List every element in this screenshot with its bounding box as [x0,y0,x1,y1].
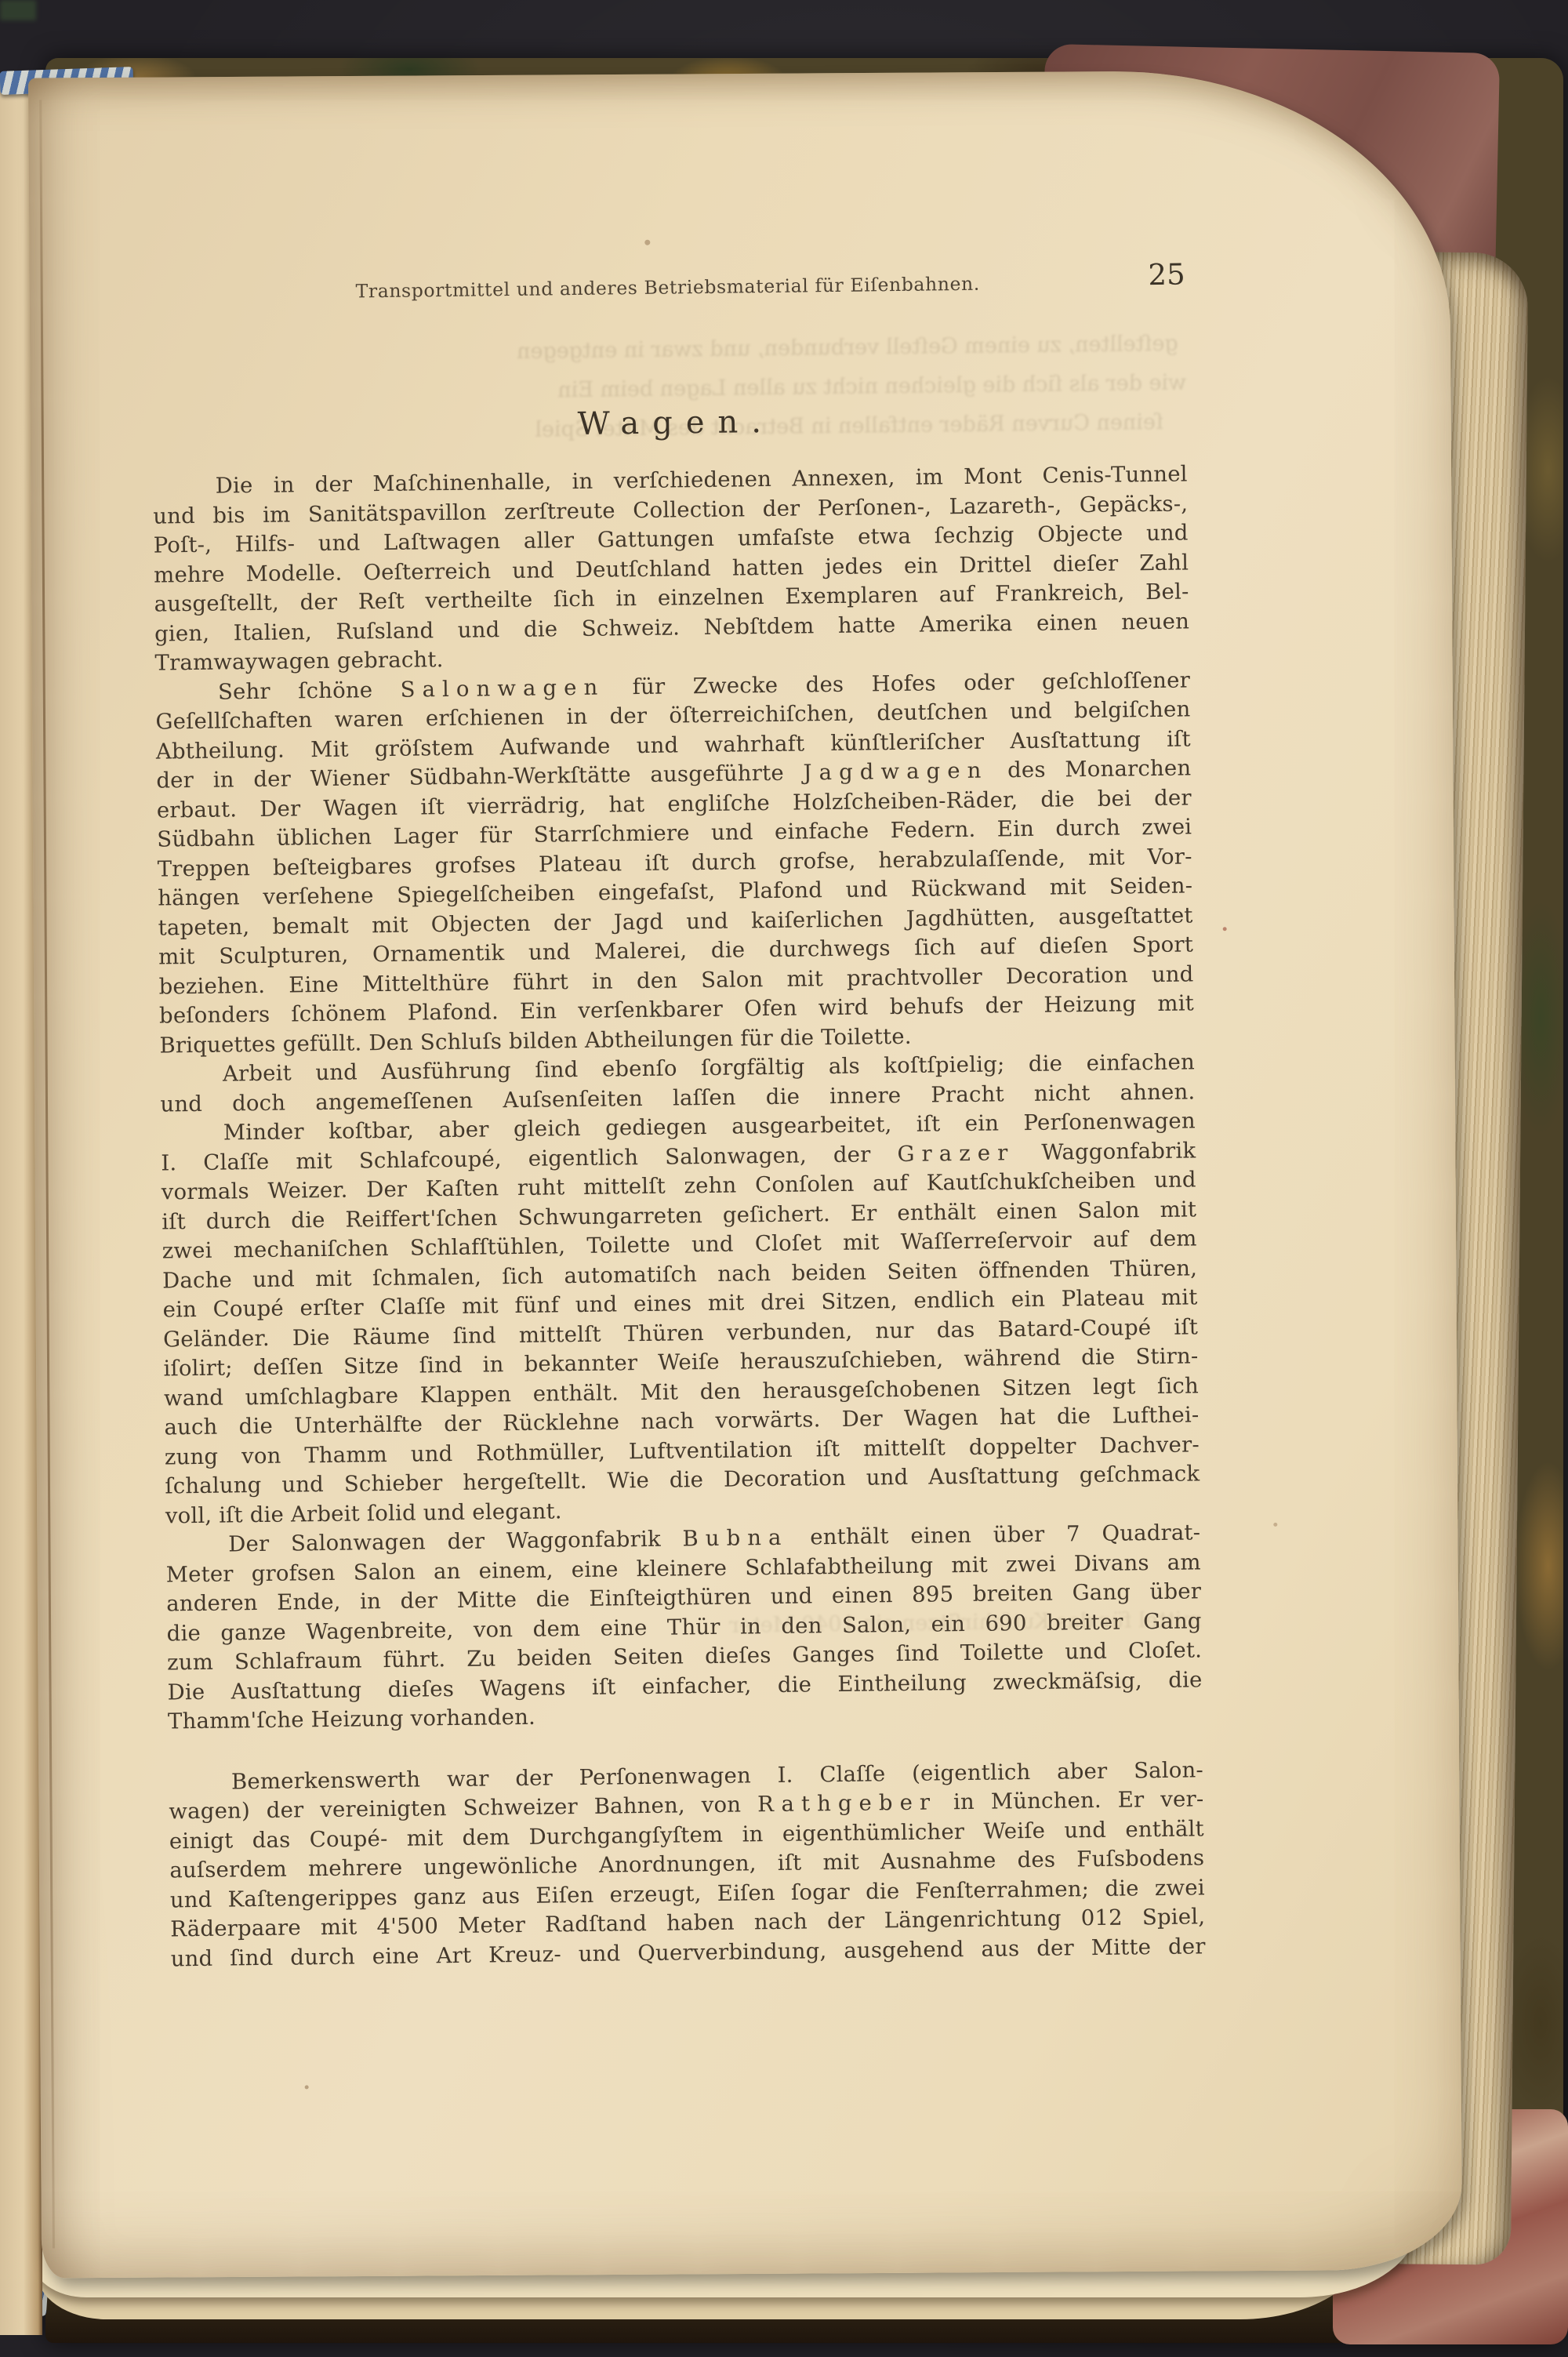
foxing-specks [1223,927,1227,931]
page-number: 25 [1148,257,1185,292]
running-header: Transportmittel und anderes Betriebsmate… [151,270,1185,304]
paragraph: Bemerkenswerth war der Perſonenwagen I. … [169,1757,1206,1976]
paragraph: Die in der Maſchinenhalle, in verſchiede… [153,461,1190,680]
body-text: Die in der Maſchinenhalle, in verſchiede… [153,461,1206,1975]
gutter-crease [39,100,55,2248]
page-content: geſtellten, zu einem Geſtell verbunden, … [151,270,1206,1975]
showthrough-text: geſtellten, zu einem Geſtell verbunden, … [253,332,1178,367]
paragraph: Minder koſtbar, aber gleich gediegen aus… [161,1108,1200,1532]
paragraph: Sehr ſchöne Salonwagen für Zwecke des Ho… [155,667,1195,1062]
book-page: geſtellten, zu einem Geſtell verbunden, … [28,69,1462,2278]
book-scan-photo: geſtellten, zu einem Geſtell verbunden, … [0,0,1568,2357]
page-header-row: Transportmittel und anderes Betriebsmate… [151,270,1185,315]
corner-marble-fragment [0,0,36,20]
